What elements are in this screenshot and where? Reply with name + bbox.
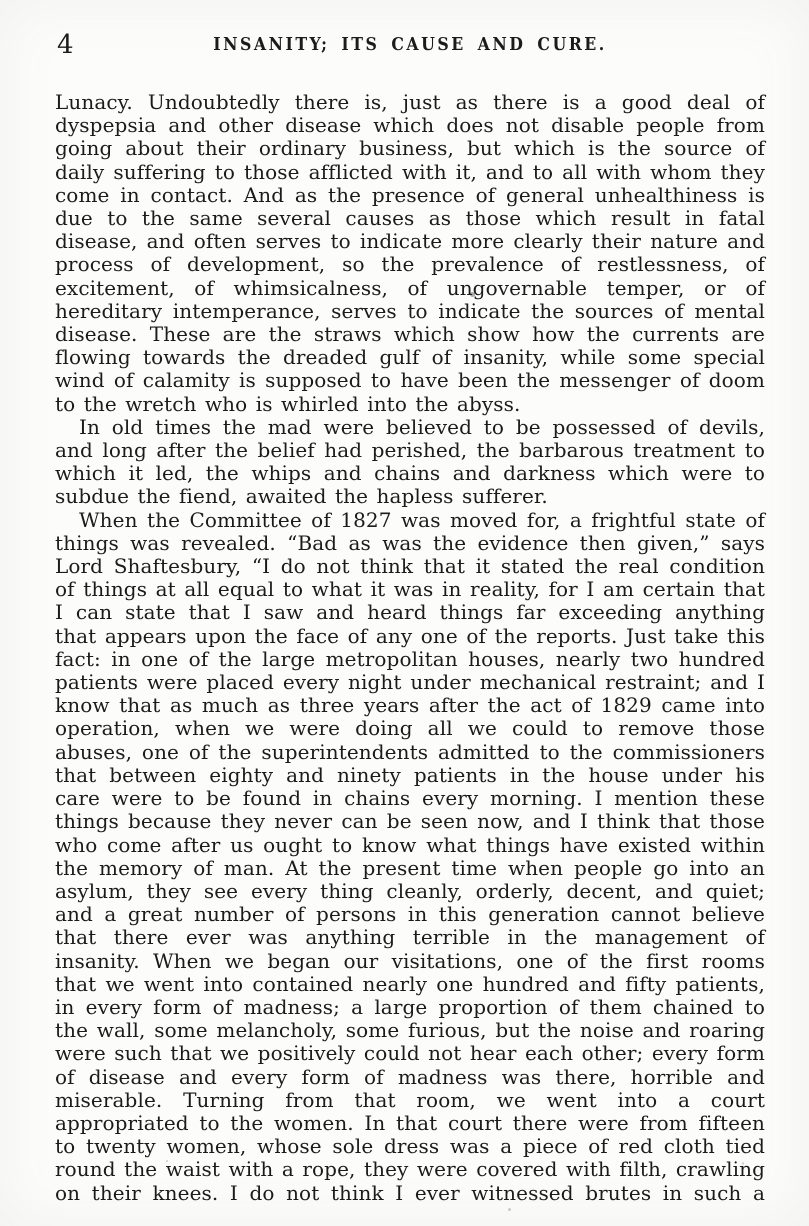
page-body: Lunacy. Undoubtedly there is, just as th… <box>55 91 765 1205</box>
scan-speck <box>508 1208 511 1211</box>
paragraph-3: When the Committee of 1827 was moved for… <box>55 509 765 1205</box>
paragraph-1: Lunacy. Undoubtedly there is, just as th… <box>55 91 765 416</box>
scan-speck <box>742 1162 744 1165</box>
page-number: 4 <box>57 30 74 60</box>
paragraph-2: In old times the mad were believed to be… <box>55 416 765 509</box>
page-header: 4 INSANITY; ITS CAUSE AND CURE. <box>55 30 765 64</box>
scan-speck <box>166 1160 168 1162</box>
running-title: INSANITY; ITS CAUSE AND CURE. <box>55 30 765 60</box>
scan-speck <box>470 292 475 297</box>
book-page: 4 INSANITY; ITS CAUSE AND CURE. Lunacy. … <box>0 0 809 1226</box>
